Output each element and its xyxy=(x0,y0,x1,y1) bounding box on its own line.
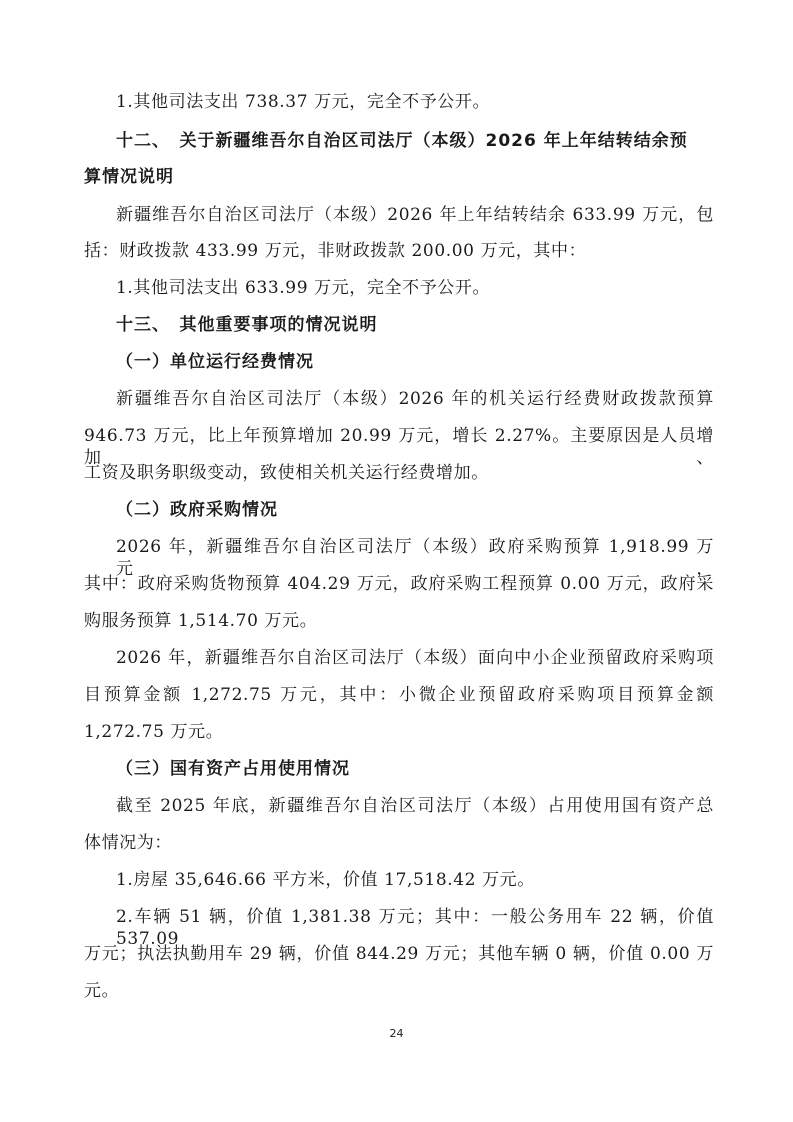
paragraph-line: 括：财政拨款 433.99 万元，非财政拨款 200.00 万元，其中： xyxy=(84,240,714,262)
paragraph-line: 其中：政府采购货物预算 404.29 万元，政府采购工程预算 0.00 万元，政… xyxy=(84,573,714,595)
section-heading-12-cont: 算情况说明 xyxy=(84,166,714,188)
paragraph-line: 新疆维吾尔自治区司法厅（本级）2026 年上年结转结余 633.99 万元，包 xyxy=(116,204,714,226)
section-heading-12: 十二、 关于新疆维吾尔自治区司法厅（本级）2026 年上年结转结余预 xyxy=(116,130,746,152)
subsection-heading-3: （三）国有资产占用使用情况 xyxy=(116,758,746,780)
section-heading-13: 十三、 其他重要事项的情况说明 xyxy=(116,314,746,336)
paragraph-line: 万元；执法执勤用车 29 辆，价值 844.29 万元；其他车辆 0 辆，价值 … xyxy=(84,943,714,965)
paragraph-line: 新疆维吾尔自治区司法厅（本级）2026 年的机关运行经费财政拨款预算 xyxy=(116,388,714,410)
paragraph-line: 1,272.75 万元。 xyxy=(84,721,714,743)
paragraph-line: 工资及职务职级变动，致使相关机关运行经费增加。 xyxy=(84,462,714,484)
paragraph-line: 1.房屋 35,646.66 平方米，价值 17,518.42 万元。 xyxy=(116,869,746,891)
paragraph-line: 购服务预算 1,514.70 万元。 xyxy=(84,610,714,632)
subsection-heading-1: （一）单位运行经费情况 xyxy=(116,351,746,373)
paragraph-line: 1.其他司法支出 633.99 万元，完全不予公开。 xyxy=(116,277,746,299)
subsection-heading-2: （二）政府采购情况 xyxy=(116,499,746,521)
page-number: 24 xyxy=(0,1027,793,1040)
paragraph-line: 体情况为： xyxy=(84,832,714,854)
paragraph-line: 目预算金额 1,272.75 万元，其中：小微企业预留政府采购项目预算金额 xyxy=(84,684,714,706)
paragraph-line: 1.其他司法支出 738.37 万元，完全不予公开。 xyxy=(116,91,746,113)
paragraph-line: 截至 2025 年底，新疆维吾尔自治区司法厅（本级）占用使用国有资产总 xyxy=(116,795,714,817)
paragraph-line: 2026 年，新疆维吾尔自治区司法厅（本级）面向中小企业预留政府采购项 xyxy=(116,647,714,669)
paragraph-line: 元。 xyxy=(84,980,714,1002)
